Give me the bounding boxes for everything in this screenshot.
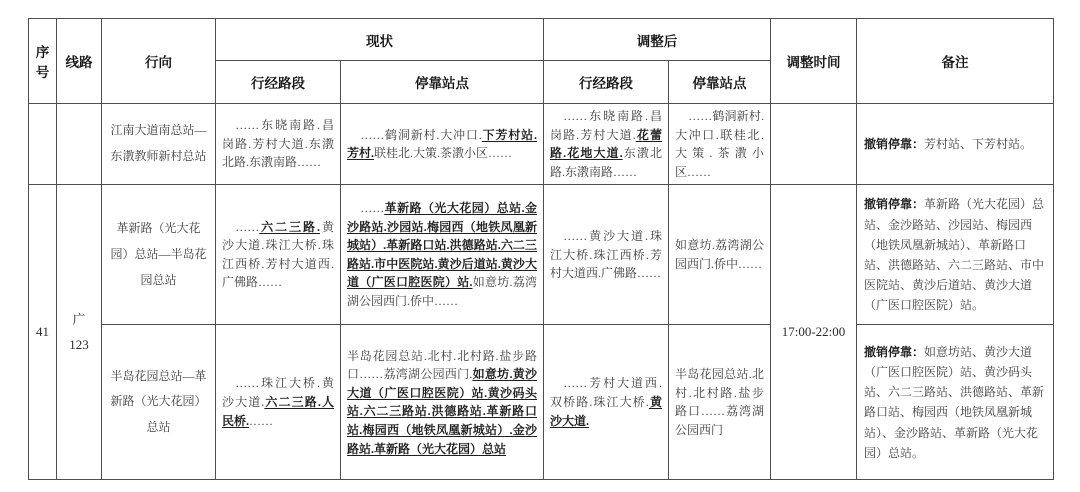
cell-current-stops: ……鹤洞新村.大冲口.下芳村站.芳村.联桂北.大策.茶漖小区…… [341,104,544,185]
cell-adjusted-stops: 半岛花园总站.北村.北村路.盐步路口……荔湾湖公园西门 [669,325,771,480]
cell-remarks: 撤销停靠：芳村站、下芳村站。 [857,104,1054,185]
cell-current-road: ……东晓南路.昌岗路.芳村大道.东漖北路.东漖南路…… [216,104,341,185]
table-row-41-return: 半岛花园总站—革新路（光大花园）总站 ……珠江大桥.黄沙大道.六二三路.人民桥.… [29,325,1054,480]
cell-current-road: ……六二三路.黄沙大道.珠江大桥.珠江西桥.芳村大道西.广佛路…… [216,185,341,325]
cell-line: 广 123 [57,185,102,480]
cell-adjust-time: 17:00-22:00 [771,185,857,480]
header-adjust-time: 调整时间 [771,19,857,104]
header-current-group: 现状 [216,19,544,61]
header-serial-number: 序号 [29,19,57,104]
cell-adjusted-road: ……芳村大道西.双桥路.珠江大桥.黄沙大道. [544,325,669,480]
cell-remarks: 撤销停靠：如意坊站、黄沙大道（广医口腔医院）站、黄沙码头站、六二三路站、洪德路站… [857,325,1054,480]
bus-route-adjustment-table: 序号 线路 行向 现状 调整后 调整时间 备注 行经路段 停靠站点 行经路段 停… [28,18,1054,480]
header-current-road: 行经路段 [216,61,341,104]
table-row-41-outbound: 41 广 123 革新路（光大花园）总站—半岛花园总站 ……六二三路.黄沙大道.… [29,185,1054,325]
header-line: 线路 [57,19,102,104]
table-row-continued: 江南大道南总站—东漖教师新村总站 ……东晓南路.昌岗路.芳村大道.东漖北路.东漖… [29,104,1054,185]
cell-current-stops: ……革新路（光大花园）总站.金沙路站.沙园站.梅园西（地铁凤凰新城站）.革新路口… [341,185,544,325]
cell-adjusted-stops: 如意坊.荔湾湖公园西门.侨中…… [669,185,771,325]
header-adjusted-road: 行经路段 [544,61,669,104]
cell-direction: 半岛花园总站—革新路（光大花园）总站 [102,325,216,480]
header-direction: 行向 [102,19,216,104]
cell-adjusted-road: ……黄沙大道.珠江大桥.珠江西桥.芳村大道西.广佛路…… [544,185,669,325]
cell-adjusted-road: ……东晓南路.昌岗路.芳村大道.花蕾路.花地大道.东漖北路.东漖南路…… [544,104,669,185]
bus-route-adjustment-table-wrapper: 序号 线路 行向 现状 调整后 调整时间 备注 行经路段 停靠站点 行经路段 停… [28,18,1054,480]
cell-adjust-time [771,104,857,185]
cell-direction: 江南大道南总站—东漖教师新村总站 [102,104,216,185]
header-current-stops: 停靠站点 [341,61,544,104]
cell-serial [29,104,57,185]
cell-adjusted-stops: ……鹤洞新村.大冲口.联桂北.大策.茶漖小区…… [669,104,771,185]
header-adjusted-stops: 停靠站点 [669,61,771,104]
cell-line [57,104,102,185]
cell-current-road: ……珠江大桥.黄沙大道.六二三路.人民桥.…… [216,325,341,480]
cell-remarks: 撤销停靠：革新路（光大花园）总站、金沙路站、沙园站、梅园西（地铁凤凰新城站）、革… [857,185,1054,325]
cell-direction: 革新路（光大花园）总站—半岛花园总站 [102,185,216,325]
cell-current-stops: 半岛花园总站.北村.北村路.盐步路口……荔湾湖公园西门.如意坊.黄沙大道（广医口… [341,325,544,480]
header-remarks: 备注 [857,19,1054,104]
cell-serial: 41 [29,185,57,480]
header-adjusted-group: 调整后 [544,19,771,61]
